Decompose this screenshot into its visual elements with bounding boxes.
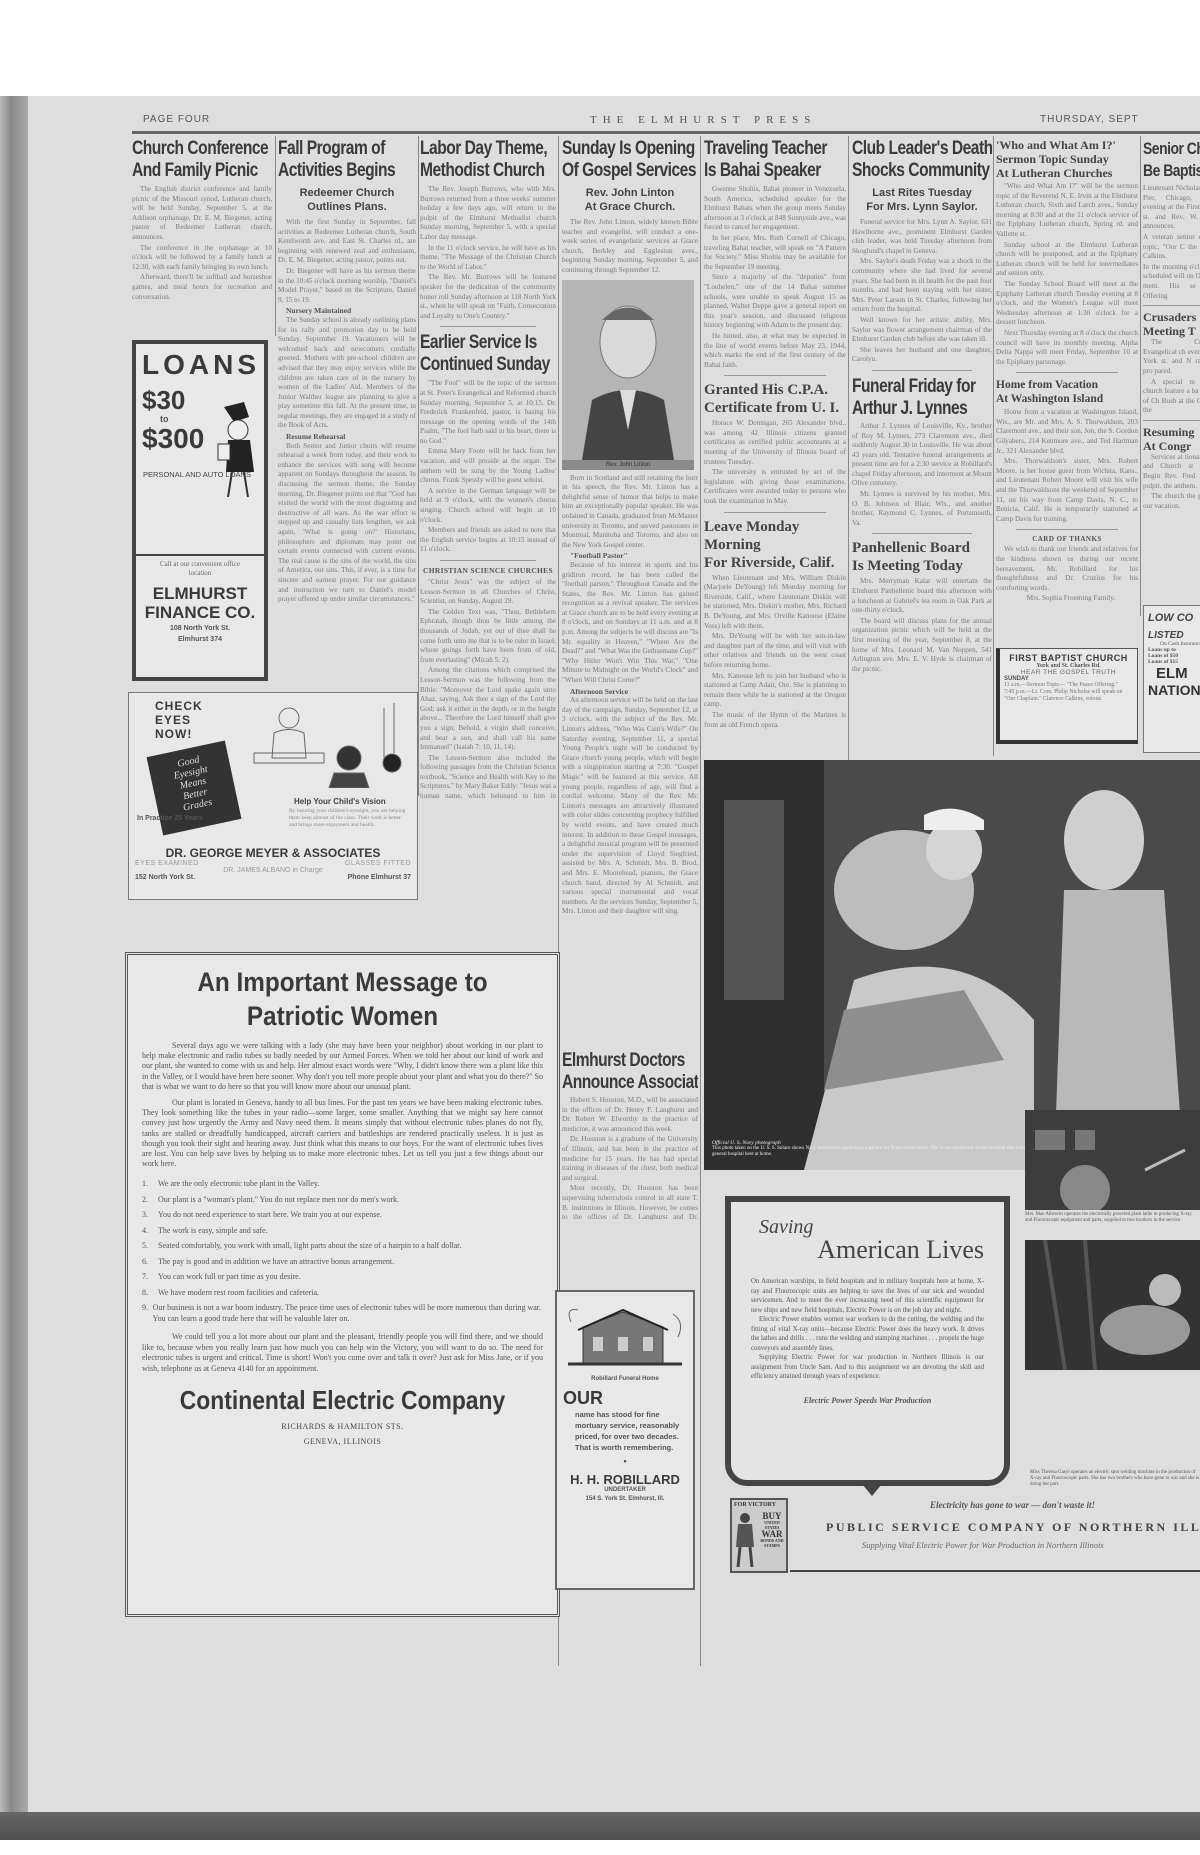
ad-george-meyer: CHECK EYES NOW! Good Eyesight Means Bett…	[128, 692, 418, 852]
page-edge-shadow	[0, 96, 28, 1821]
business-name: H. H. ROBILLARD	[563, 1472, 687, 1487]
photo-spot-welding	[1025, 1240, 1200, 1370]
ad-headline: An Important Message to Patriotic Women	[162, 965, 523, 1033]
address: 108 North York St.	[140, 625, 260, 632]
paragraph: Born in Scotland and still retaining the…	[562, 474, 698, 551]
photo-navy-xray: Official U. S. Navy photograph This phot…	[704, 760, 1200, 1170]
ad-line: LISTED	[1148, 630, 1196, 641]
paragraph: The Rev. John Linton, widely known Bible…	[562, 218, 698, 276]
service-label: GLASSES FITTED	[345, 860, 411, 867]
paragraph: Among the citations which comprised the …	[420, 666, 556, 752]
paper-name: THE ELMHURST PRESS	[590, 114, 816, 130]
page-label: PAGE FOUR	[143, 114, 210, 130]
list-item: The pay is good and in addition we have …	[158, 1257, 394, 1268]
column-rule	[848, 136, 849, 766]
headline: Methodist Church	[420, 160, 532, 182]
paragraph: An afternoon service will be held on the…	[562, 696, 698, 917]
headline: CHRISTIAN SCIENCE CHURCHES	[420, 566, 556, 575]
paragraph: The board will discuss plans for the ann…	[852, 617, 992, 675]
paragraph: The university is entrusted by act of th…	[704, 468, 846, 506]
paragraph: He hinted, also, at what may be expected…	[704, 332, 846, 370]
paragraph: Mrs. Kanouse left to join her husband wh…	[704, 672, 846, 710]
paragraph: Dr. Biegener will have as his sermon the…	[278, 267, 416, 305]
paragraph: When Lieutenant and Mrs. William Diskin …	[704, 574, 846, 632]
headline: Sermon Topic Sunday	[996, 152, 1138, 166]
funeral-home-illustration	[563, 1302, 687, 1372]
column-rule	[1140, 136, 1141, 616]
company-name: Continental Electric Company	[166, 1384, 519, 1416]
headline: At Washington Island	[996, 392, 1138, 406]
list-item: Our business is not a war boom industry.…	[153, 1303, 543, 1324]
service-item: 11 a.m.—Sermon Topic— "The Peace Offerin…	[1004, 682, 1133, 689]
photo-factory-lathe	[1025, 1110, 1200, 1210]
headline: Sunday Is Opening	[562, 138, 674, 160]
paragraph: Both Senior and Junior choirs will resum…	[278, 442, 416, 605]
headline: Granted His C.P.A.	[704, 381, 846, 399]
benefit-list: 1.We are the only electronic tube plant …	[142, 1179, 543, 1324]
paragraph: The Lesson-Sermon also included the foll…	[420, 754, 556, 798]
paragraph: Mrs. DeYoung will be with her son-in-law…	[704, 632, 846, 670]
column-six: Club Leader's Death Shocks Community Las…	[852, 138, 992, 768]
photo-caption: Mrs. Mae Albrecht operates the electrica…	[1025, 1212, 1200, 1224]
headline: Fall Program of	[278, 138, 391, 160]
paragraph: Emma Mary Foote will be back from her va…	[420, 447, 556, 485]
paragraph: She leaves her husband and one daughter,…	[852, 346, 992, 365]
conservation-slogan: Electricity has gone to war — don't wast…	[930, 1500, 1095, 1510]
ad-continental-electric: An Important Message to Patriotic Women …	[125, 952, 560, 1617]
paragraph: The Sunday school is already outlining p…	[278, 316, 416, 431]
cartoon-woman-illustration	[214, 402, 259, 502]
section-title: "Football Pastor"	[562, 551, 698, 561]
image-caption: Robillard Funeral Home	[563, 1376, 687, 1382]
slogan: HEAR THE GOSPEL TRUTH	[1004, 669, 1133, 676]
service-item: 7:45 p.m.—Lt. Com. Philip Nicholas will …	[1004, 689, 1133, 703]
headline: Church Conference	[132, 138, 247, 160]
paragraph: The English district conference and fami…	[132, 185, 272, 243]
paragraph: Supplying Electric Power for war product…	[751, 1353, 984, 1382]
classroom-illustration	[244, 698, 409, 788]
ad-low-cost-loans-partial: LOW CO LISTED On Cash Insurance Loans up…	[1143, 605, 1200, 753]
headline: Of Gospel Services	[562, 160, 674, 182]
paragraph: Several days ago we were talking with a …	[142, 1041, 543, 1092]
paragraph: In her place, Mrs. Ruth Cornell of Chica…	[704, 234, 846, 272]
ad-line: NATION	[1148, 682, 1196, 698]
paragraph: Because of his interest in sports and hi…	[562, 561, 698, 686]
company-name: PUBLIC SERVICE COMPANY OF NORTHERN ILLIN	[826, 1520, 1200, 1535]
column-rule	[418, 136, 419, 796]
headline: Traveling Teacher	[704, 138, 820, 160]
paragraph: Since a majority of the "deputies" from …	[704, 273, 846, 331]
headline: American Lives	[751, 1235, 984, 1265]
paragraph: In the 11 o'clock service, he will have …	[420, 244, 556, 273]
ad-title: LOANS	[142, 350, 258, 380]
ad-bottom-rule	[790, 1570, 1200, 1572]
paragraph: Mrs. Merryman Kalar will entertain the E…	[852, 577, 992, 615]
article-fall-program: Fall Program of Activities Begins Redeem…	[278, 138, 416, 683]
paragraph: Our plant is located in Geneva, handy to…	[142, 1098, 543, 1169]
paragraph: The Sunday School Board will meet at the…	[996, 280, 1138, 328]
business-title: UNDERTAKER	[563, 1487, 687, 1493]
column-rule	[993, 136, 994, 756]
headline: CARD OF THANKS	[996, 535, 1138, 543]
body-text: By insuring your children's eyesight, yo…	[289, 808, 409, 829]
signature: Mrs. Sophia Froeming Family.	[996, 594, 1138, 604]
minuteman-icon	[734, 1512, 756, 1567]
headline: At Congr	[1143, 439, 1200, 453]
headline: For Riverside, Calif.	[704, 554, 846, 572]
section-title: Nursery Maintained	[278, 306, 416, 316]
bullet: •	[563, 1457, 687, 1468]
column-five: Traveling Teacher Is Bahai Speaker Gwenn…	[704, 138, 846, 768]
company-name: ELMHURST	[140, 584, 260, 603]
church-name: FIRST BAPTIST CHURCH	[1004, 653, 1133, 663]
paragraph: Sunday school at the Elmhurst Lutheran c…	[996, 241, 1138, 279]
phone: Phone Elmhurst 37	[348, 874, 411, 881]
ad-robillard-funeral-home: Robillard Funeral Home OUR name has stoo…	[555, 1290, 695, 1590]
practice-years: In Practice 25 Years	[137, 815, 203, 822]
paragraph: Members and friends are asked to note th…	[420, 526, 556, 555]
bottom-margin	[0, 1840, 1200, 1855]
closing-paragraph: We could tell you a lot more about our p…	[142, 1332, 543, 1374]
headline: Announce Associate	[562, 1072, 674, 1094]
headline: Be Baptis	[1143, 160, 1190, 182]
paragraph: "Christ Jesus" was the subject of the Le…	[420, 578, 556, 607]
headline: Activities Begins	[278, 160, 391, 182]
paragraph: Mrs. Saylor's death Friday was a shock t…	[852, 257, 992, 315]
paragraph: "Who and What Am I?" will be the sermon …	[996, 182, 1138, 240]
ad-elmhurst-finance-lower: Call at our convenient office location E…	[132, 556, 268, 681]
ad-line: ELM	[1156, 665, 1196, 682]
headline: Meeting T	[1143, 324, 1200, 338]
column-rule	[700, 136, 701, 1666]
article-church-conference: Church Conference And Family Picnic The …	[132, 138, 272, 338]
photo-caption-block: Official U. S. Navy photograph This phot…	[712, 1140, 1072, 1158]
paragraph: Hubert S. Houston, M.D., will be associa…	[562, 1096, 698, 1134]
address: 152 North York St.	[135, 874, 195, 881]
ad-elmhurst-finance: LOANS $30 to $300 PERSONAL AND AUTO LOAN…	[132, 340, 268, 558]
paragraph: The conference in the orphanage at 10 o'…	[132, 244, 272, 273]
war-bonds-badge: FOR VICTORY BUY UNITED STATES WAR BONDS …	[730, 1498, 788, 1573]
subheadline: Redeemer ChurchOutlines Plans.	[278, 186, 416, 214]
headline: Earlier Service Is	[420, 332, 532, 354]
photo-caption: Miss Theresa Gasyl operates an electric …	[1030, 1470, 1200, 1488]
column-seven: 'Who and What Am I?' Sermon Topic Sunday…	[996, 138, 1138, 608]
practice-name: DR. GEORGE MEYER & ASSOCIATES	[135, 846, 411, 860]
column-eight-partial: Senior Ch Be Baptis Lieutenant Nicholas,…	[1143, 138, 1200, 618]
paragraph: A service in the German language will be…	[420, 487, 556, 525]
subheadline: Last Rites TuesdayFor Mrs. Lynn Saylor.	[852, 186, 992, 214]
article-doctors-associate: Elmhurst Doctors Announce Associate Hube…	[562, 1050, 698, 1220]
list-item: Our plant is a "woman's plant." You do n…	[158, 1195, 399, 1206]
headline: Senior Ch	[1143, 138, 1190, 160]
headline: And Family Picnic	[132, 160, 247, 182]
headline: 'Who and What Am I?'	[996, 138, 1138, 152]
section-title: Afternoon Service	[562, 687, 698, 697]
paragraph: Well known for her artistic ability, Mrs…	[852, 316, 992, 345]
list-item: We have modern rest room facilities and …	[158, 1288, 319, 1299]
company-name: FINANCE CO.	[140, 603, 260, 622]
paragraph: Afterward, there'll be softball and hors…	[132, 273, 272, 302]
subheadline: Rev. John LintonAt Grace Church.	[562, 186, 698, 214]
paragraph: In the morning o'clock, the scheduled wi…	[1143, 263, 1200, 301]
paragraph: Arthur J. Lynnes of Louisville, Ky., bro…	[852, 422, 992, 489]
paragraph: Electric Power enables women war workers…	[751, 1315, 984, 1353]
doctor-in-charge: DR. JAMES ALBANO in Charge	[135, 867, 411, 874]
headline: Home from Vacation	[996, 378, 1138, 392]
paragraph: The music of the Hymn of the Marines is …	[704, 711, 846, 730]
column-three: Labor Day Theme, Methodist Church The Re…	[420, 138, 556, 798]
ad-line: LOW CO	[1148, 612, 1196, 624]
call-text: Call at our convenient office location	[140, 560, 260, 578]
paragraph: Most recently, Dr. Houston has been supe…	[562, 1184, 698, 1220]
headline: At Lutheran Churches	[996, 166, 1138, 180]
issue-date: THURSDAY, SEPT	[1040, 114, 1139, 130]
slogan: Electric Power Speeds War Production	[751, 1396, 984, 1405]
tagline: Help Your Child's Vision	[294, 797, 386, 806]
ad-headline: OUR	[563, 1388, 687, 1409]
headline: Crusaders	[1143, 310, 1200, 324]
paragraph: Dr. Houston is a graduate of the Univers…	[562, 1135, 698, 1183]
paragraph: On American warships, in field hospitals…	[751, 1277, 984, 1315]
headline: Resuming	[1143, 425, 1200, 439]
headline: Funeral Friday for	[852, 376, 967, 398]
masthead-rule	[132, 131, 1200, 134]
list-item: You can work full or part time as you de…	[158, 1272, 301, 1283]
city: GENEVA, ILLINOIS	[142, 1437, 543, 1446]
address: 154 S. York St. Elmhurst, Ill.	[563, 1496, 687, 1502]
paragraph: Funeral service for Mrs. Lynn A. Saylor,…	[852, 218, 992, 256]
column-rule	[275, 136, 276, 336]
paragraph: Next Thursday evening at 8 o'clock the c…	[996, 329, 1138, 367]
paragraph: The Golden Text was, "Thou, Bethlehem Ep…	[420, 608, 556, 666]
headline: Leave Monday Morning	[704, 518, 846, 554]
address: RICHARDS & HAMILTON STS.	[142, 1422, 543, 1431]
list-item: Seated comfortably, you work with small,…	[158, 1241, 461, 1252]
article-gospel-services: Sunday Is Opening Of Gospel Services Rev…	[562, 138, 698, 1048]
paragraph: The Rev. Mr. Burrows will be featured sp…	[420, 273, 556, 321]
headline: Labor Day Theme,	[420, 138, 532, 160]
section-title: Resume Rehearsal	[278, 432, 416, 442]
speech-pointer	[862, 1484, 882, 1496]
list-item: The work is easy, simple and safe.	[158, 1226, 268, 1237]
paragraph: We wish to thank our friends and relativ…	[996, 545, 1138, 593]
ad-body: name has stood for fine mortuary service…	[563, 1409, 687, 1453]
paragraph: Mrs. Thorwaldson's sister, Mrs. Robert M…	[996, 457, 1138, 524]
paragraph: The Rev. Joseph Burrows, who with Mrs. B…	[420, 185, 556, 243]
paragraph: Gwenne Sholtis, Bahai pioneer in Venezue…	[704, 185, 846, 233]
headline: Continued Sunday	[420, 354, 532, 376]
ad-first-baptist-church: FIRST BAPTIST CHURCH York and St. Charle…	[996, 648, 1138, 744]
headline: Panhellenic Board	[852, 539, 992, 557]
service-label: EYES EXAMINED	[135, 860, 199, 867]
headline: Elmhurst Doctors	[562, 1050, 674, 1072]
paragraph: A veteran senior chaplain topic, "Our C …	[1143, 233, 1200, 262]
headline: Certificate from U. I.	[704, 399, 846, 417]
paragraph: "The Fool" will be the topic of the serm…	[420, 379, 556, 446]
photo-caption: This photo taken on the U. S. S. Solace …	[712, 1146, 1072, 1158]
phone: Elmhurst 374	[140, 636, 260, 643]
paragraph: Horace W. Donnigan, 265 Alexander blvd.,…	[704, 419, 846, 467]
portrait-photo-john-linton: Rev. John Linton	[562, 280, 694, 470]
company-tagline: Supplying Vital Electric Power for War P…	[862, 1540, 1104, 1550]
paragraph: Mr. Lynnes is survived by his mother, Mr…	[852, 490, 992, 528]
headline: Is Meeting Today	[852, 557, 992, 575]
headline: Shocks Community	[852, 160, 967, 182]
headline: Arthur J. Lynnes	[852, 398, 967, 420]
paragraph: Lieutenant Nicholas, senior Pier, Chicag…	[1143, 184, 1200, 232]
headline: Is Bahai Speaker	[704, 160, 820, 182]
paragraph: Home from a vacation at Washington Islan…	[996, 408, 1138, 456]
list-item: We are the only electronic tube plant in…	[158, 1179, 319, 1190]
photo-caption: Rev. John Linton	[562, 462, 694, 468]
ad-george-meyer-footer: DR. GEORGE MEYER & ASSOCIATES EYES EXAMI…	[128, 850, 418, 900]
paragraph: With the first Sunday in September, fall…	[278, 218, 416, 266]
list-item: You do not need experience to start here…	[158, 1210, 382, 1221]
headline: Club Leader's Death	[852, 138, 967, 160]
ad-saving-american-lives: Saving American Lives On American warshi…	[725, 1196, 1010, 1486]
